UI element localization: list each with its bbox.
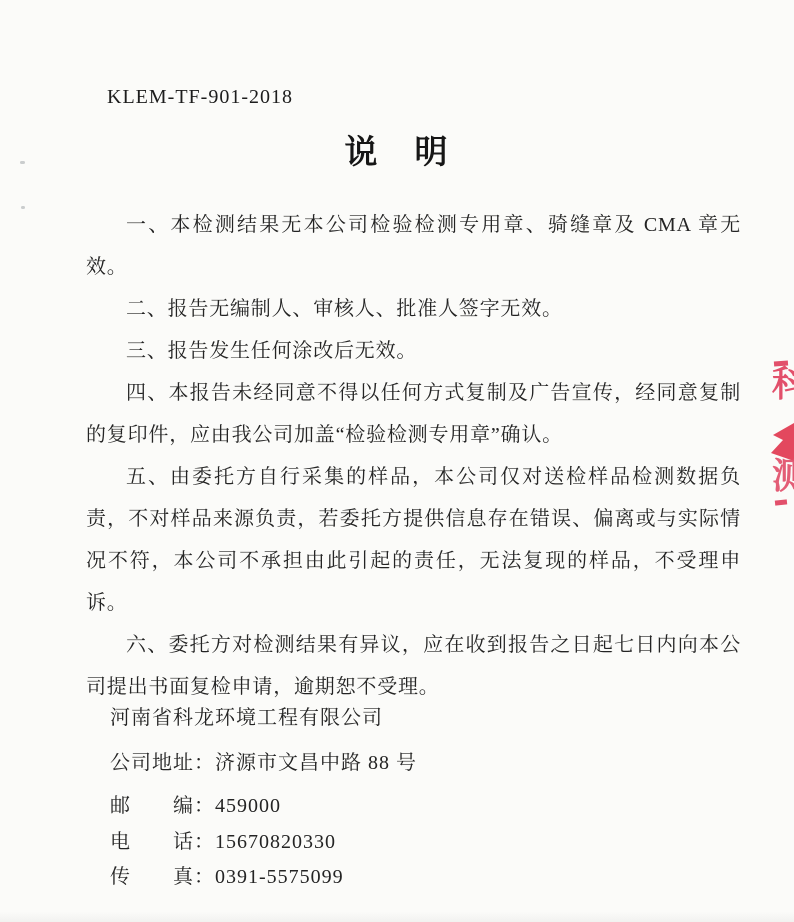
note-item-6: 六、委托方对检测结果有异议，应在收到报告之日起七日内向本公司提出书面复检申请，逾… — [86, 624, 741, 708]
phone-line: 电 话：15670820330 — [110, 825, 336, 854]
note-item-4: 四、本报告未经同意不得以任何方式复制及广告宣传，经同意复制的复印件，应由我公司加… — [86, 372, 741, 456]
stamp-character-fragment: 科 — [772, 366, 794, 402]
stamp-stroke-bottom — [775, 499, 787, 505]
stamp-character-fragment: 测 — [772, 458, 794, 494]
fax-line: 传 真：0391-5575099 — [110, 860, 344, 889]
scanned-document-page: KLEM-TF-901-2018 说 明 一、本检测结果无本公司检验检测专用章、… — [0, 0, 794, 922]
postal-code-line: 邮 编：459000 — [110, 789, 281, 818]
scan-edge-smudge — [0, 912, 794, 922]
note-item-2: 二、报告无编制人、审核人、批准人签字无效。 — [86, 288, 741, 330]
notes-body: 一、本检测结果无本公司检验检测专用章、骑缝章及 CMA 章无效。 二、报告无编制… — [86, 204, 741, 708]
note-item-5: 五、由委托方自行采集的样品，本公司仅对送检样品检测数据负责，不对样品来源负责，若… — [86, 456, 741, 624]
note-item-3: 三、报告发生任何涂改后无效。 — [86, 330, 741, 372]
note-item-1: 一、本检测结果无本公司检验检测专用章、骑缝章及 CMA 章无效。 — [86, 204, 741, 288]
scan-artifact-speck — [20, 161, 25, 164]
company-name: 河南省科龙环境工程有限公司 — [110, 701, 383, 730]
document-code: KLEM-TF-901-2018 — [107, 86, 293, 109]
company-address: 公司地址：济源市文昌中路 88 号 — [110, 746, 417, 775]
scan-artifact-speck — [21, 206, 25, 209]
page-title: 说 明 — [0, 126, 794, 173]
